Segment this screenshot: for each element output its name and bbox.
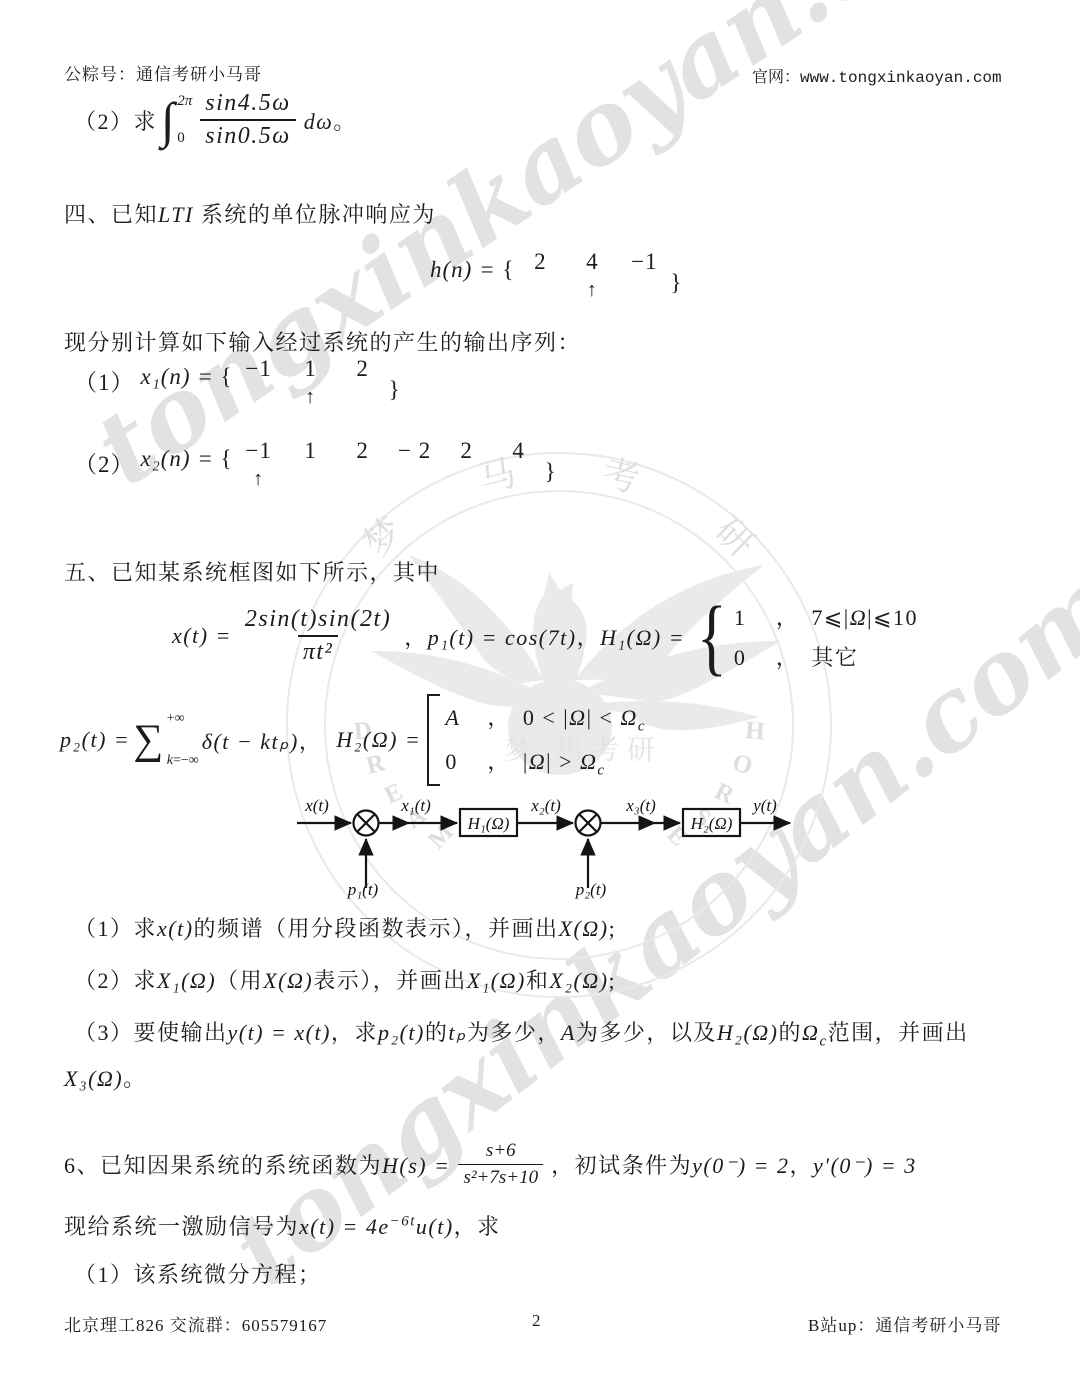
system-block-diagram: x(t) x₁(t) x₂(t) x₃(t) y(t) H₁(Ω) H₂(Ω) … bbox=[283, 790, 803, 902]
item-label: （2）求 bbox=[74, 105, 157, 136]
label-p2: p₂(t) bbox=[575, 880, 607, 899]
section-4-title: 四、已知LTI 系统的单位脉冲响应为 bbox=[64, 198, 436, 229]
h2-lhs: H₂(Ω) = bbox=[336, 727, 421, 753]
x2-sequence: （2）x₂(n) = {−1↑1 2 − 2 2 4 } bbox=[74, 437, 557, 493]
sum-sign: ∑ bbox=[133, 719, 164, 761]
section-6-item-1: （1）该系统微分方程； bbox=[74, 1258, 322, 1289]
xt-fraction: 2sin(t)sin(2t) πt² bbox=[240, 606, 396, 666]
h2-left-bracket bbox=[427, 694, 440, 786]
question-2: （2）求X₁(Ω)（用X(Ω)表示），并画出X₁(Ω)和X₂(Ω); bbox=[74, 964, 616, 995]
h1-case-cond-2: 其它 bbox=[811, 641, 858, 672]
header-right: 官网：www.tongxinkaoyan.com bbox=[752, 64, 1002, 87]
h1-left-brace: { bbox=[697, 596, 728, 676]
integral-sign: ∫ bbox=[161, 95, 176, 145]
label-h1: H₁(Ω) bbox=[467, 814, 510, 833]
h2-case-comma-1: ， bbox=[487, 701, 511, 732]
h1-case-row-2: 0 ， 其它 bbox=[734, 641, 918, 672]
p2-lhs: p₂(t) = bbox=[60, 727, 130, 753]
section-6-line-2: 现给系统一激励信号为x(t) = 4e−6tu(t)，求 bbox=[64, 1210, 501, 1241]
label-p1: p₁(t) bbox=[347, 880, 379, 899]
question-3-tail: X₃(Ω)。 bbox=[64, 1062, 147, 1093]
hs-numerator: s+6 bbox=[481, 1140, 521, 1164]
h1-case-row-1: 1 ， 7⩽|Ω|⩽10 bbox=[734, 601, 918, 632]
fraction-numerator: sin4.5ω bbox=[200, 90, 295, 119]
label-yt: y(t) bbox=[751, 796, 777, 815]
hs-fraction: s+6 s²+7s+10 bbox=[458, 1140, 543, 1189]
summation-group: ∑ +∞ k=−∞ bbox=[133, 711, 198, 769]
h2-case-value-2: 0 bbox=[445, 749, 487, 775]
problem-2-integral: （2）求 ∫ 2π 0 sin4.5ω sin0.5ω dω。 bbox=[74, 90, 357, 150]
header-left: 公粽号：通信考研小马哥 bbox=[64, 60, 262, 85]
label-x3t: x₃(t) bbox=[625, 796, 656, 815]
label-x2t: x₂(t) bbox=[530, 796, 561, 815]
integral-tail: dω。 bbox=[304, 105, 357, 136]
xt-definition-line: x(t) = 2sin(t)sin(2t) πt² ，p₁(t) = cos(7… bbox=[172, 596, 918, 676]
footer-page-number: 2 bbox=[532, 1311, 542, 1331]
integrand-fraction: sin4.5ω sin0.5ω bbox=[200, 90, 295, 150]
section-5-title: 五、已知某系统框图如下所示，其中 bbox=[64, 556, 440, 587]
h2-case-value-1: A bbox=[445, 705, 487, 731]
fraction-denominator: sin0.5ω bbox=[200, 119, 295, 150]
h2-case-row-1: A ， 0 < |Ω| < Ωc bbox=[445, 701, 646, 735]
h1-cases: { 1 ， 7⩽|Ω|⩽10 0 ， 其它 bbox=[691, 596, 918, 676]
integral-lower-limit: 0 bbox=[177, 130, 192, 147]
hs-lhs: 6、已知因果系统的系统函数为H(s) = bbox=[64, 1149, 450, 1180]
p1-h1-definitions: ，p₁(t) = cos(7t)，H₁(Ω) = bbox=[404, 621, 685, 652]
integral-sign-group: ∫ 2π 0 bbox=[161, 93, 192, 147]
integral-upper-limit: 2π bbox=[177, 93, 192, 110]
question-3: （3）要使输出y(t) = x(t)，求p₂(t)的tₚ为多少，A为多少，以及H… bbox=[74, 1016, 969, 1050]
h1-case-value-2: 0 bbox=[734, 645, 776, 671]
section-6-line-1: 6、已知因果系统的系统函数为H(s) = s+6 s²+7s+10 ，初试条件为… bbox=[64, 1140, 917, 1189]
h-sequence: h(n) = {2 4↑−1 } bbox=[430, 248, 682, 304]
initial-conditions: ，初试条件为y(0⁻) = 2，y′(0⁻) = 3 bbox=[551, 1149, 917, 1180]
h2-case-cond-1: 0 < |Ω| < Ωc bbox=[523, 705, 646, 735]
sum-upper-limit: +∞ bbox=[167, 711, 199, 727]
x1-sequence: （1）x₁(n) = {−1 1↑2 } bbox=[74, 355, 401, 411]
h1-case-comma-1: ， bbox=[776, 601, 800, 632]
question-1: （1）求x(t)的频谱（用分段函数表示），并画出X(Ω); bbox=[74, 912, 616, 943]
footer-right: B站up：通信考研小马哥 bbox=[808, 1311, 1001, 1336]
xt-numerator: 2sin(t)sin(2t) bbox=[240, 606, 396, 635]
section-4-desc: 现分别计算如下输入经过系统的产生的输出序列： bbox=[64, 326, 581, 357]
h2-case-row-2: 0 ， |Ω| > Ωc bbox=[445, 745, 646, 779]
document-page: tongxinkaoyan.com tongxinkaoyan.com 梦 马 … bbox=[0, 0, 1080, 1398]
h1-case-comma-2: ， bbox=[776, 641, 800, 672]
h1-case-cond-1: 7⩽|Ω|⩽10 bbox=[811, 605, 918, 631]
label-x1t: x₁(t) bbox=[400, 796, 431, 815]
p2-body: δ(t − ktₚ)， bbox=[202, 725, 323, 756]
h2-case-comma-2: ， bbox=[487, 745, 511, 776]
xt-lhs: x(t) = bbox=[172, 623, 232, 649]
xt-denominator: πt² bbox=[298, 635, 338, 666]
h2-case-cond-2: |Ω| > Ωc bbox=[523, 749, 606, 779]
label-h2: H₂(Ω) bbox=[690, 814, 733, 833]
hs-denominator: s²+7s+10 bbox=[458, 1164, 543, 1189]
label-xt: x(t) bbox=[304, 796, 329, 815]
sum-lower-limit: k=−∞ bbox=[167, 753, 199, 769]
h1-case-value-1: 1 bbox=[734, 605, 776, 631]
p2-h2-definition-line: p₂(t) = ∑ +∞ k=−∞ δ(t − ktₚ)， H₂(Ω) = A … bbox=[60, 694, 646, 786]
footer-left: 北京理工826 交流群：605579167 bbox=[64, 1311, 327, 1336]
